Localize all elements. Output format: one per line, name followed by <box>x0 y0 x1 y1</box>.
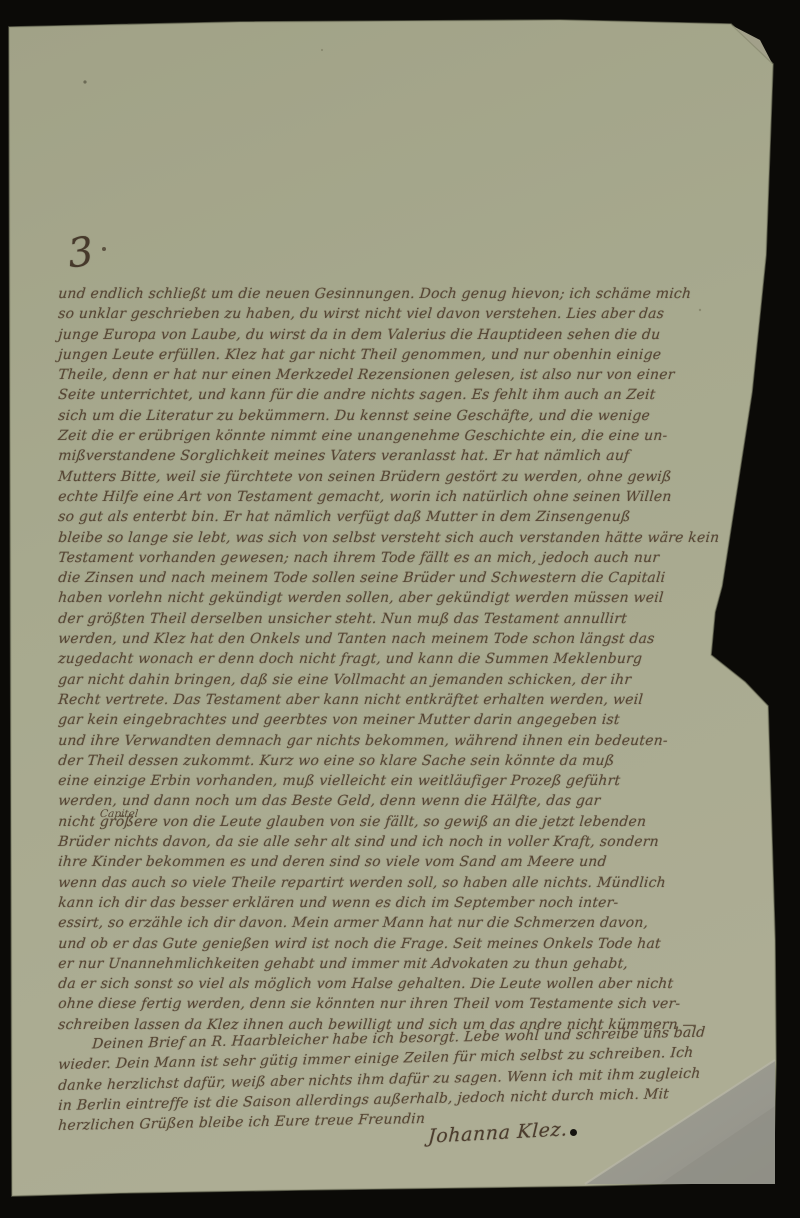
paper-speck <box>321 49 323 51</box>
handwriting-line: Mutters Bitte, weil sie fürchtete von se… <box>57 469 765 489</box>
letter-body: und endlich schließt um die neuen Gesinn… <box>58 286 764 1138</box>
handwriting-line: ihre Kinder bekommen es und deren sind s… <box>57 854 765 874</box>
handwriting-line: da er sich sonst so viel als möglich vom… <box>57 976 765 996</box>
handwriting-line: Theile, denn er hat nur einen Merkzedel … <box>57 367 765 387</box>
handwriting-line: werden, und dann noch um das Beste Geld,… <box>57 793 765 813</box>
page-number: 3 <box>65 229 96 278</box>
handwriting-line: er nur Unannehmlichkeiten gehabt und imm… <box>57 956 765 976</box>
handwriting-line: Testament vorhanden gewesen; nach ihrem … <box>57 550 765 570</box>
handwriting-line: Brüder nichts davon, da sie alle sehr al… <box>57 834 765 854</box>
handwriting-line: und ihre Verwandten demnach gar nichts b… <box>57 733 765 753</box>
handwriting-line: werden, und Klez hat den Onkels und Tant… <box>57 631 765 651</box>
handwriting-line: ohne diese fertig werden, denn sie könnt… <box>57 996 765 1016</box>
handwriting-line: bleibe so lange sie lebt, was sich von s… <box>57 530 765 550</box>
handwriting-line: die Zinsen und nach meinem Tode sollen s… <box>57 570 765 590</box>
scan-background: 3 und endlich schließt um die neuen Gesi… <box>0 0 800 1218</box>
ink-blot <box>570 1129 577 1136</box>
handwriting-line: zugedacht wonach er denn doch nicht frag… <box>57 651 765 671</box>
handwriting-line: und ob er das Gute genießen wird ist noc… <box>57 936 765 956</box>
handwriting-line: kann ich dir das besser erklären und wen… <box>57 895 765 915</box>
handwriting-line: haben vorlehn nicht gekündigt werden sol… <box>57 590 765 610</box>
handwriting-line: so gut als enterbt bin. Er hat nämlich v… <box>57 509 765 529</box>
handwriting-line: der Theil dessen zukommt. Kurz wo eine s… <box>57 753 765 773</box>
handwriting-line: und endlich schließt um die neuen Gesinn… <box>57 286 765 306</box>
handwriting-line: jungen Leute erfüllen. Klez hat gar nich… <box>57 347 765 367</box>
handwriting-line: sich um die Literatur zu bekümmern. Du k… <box>57 408 765 428</box>
handwriting-line: gar kein eingebrachtes und geerbtes von … <box>57 712 765 732</box>
pencil-dot <box>102 247 106 251</box>
handwriting-line: eine einzige Erbin vorhanden, muß vielle… <box>57 773 765 793</box>
handwriting-line: der größten Theil derselben unsicher ste… <box>57 611 765 631</box>
handwriting-line: junge Europa von Laube, du wirst da in d… <box>57 327 765 347</box>
handwriting-line: gar nicht dahin bringen, daß sie eine Vo… <box>57 672 765 692</box>
handwriting-line: Recht vertrete. Das Testament aber kann … <box>57 692 765 712</box>
handwriting-line: so unklar geschrieben zu haben, du wirst… <box>57 306 765 326</box>
handwriting-line: essirt, so erzähle ich dir davon. Mein a… <box>57 915 765 935</box>
handwriting-line: Seite unterrichtet, und kann für die and… <box>57 387 765 407</box>
handwriting-line: wenn das auch so viele Theile repartirt … <box>57 875 765 895</box>
interlinear-insertion: Capitel <box>99 808 138 820</box>
paper-speck <box>83 80 86 83</box>
handwriting-line: Zeit die er erübrigen könnte nimmt eine … <box>57 428 765 448</box>
handwriting-line: nicht größere von die Leute glauben von … <box>57 814 765 834</box>
handwriting-line: mißverstandene Sorglichkeit meines Vater… <box>57 448 765 468</box>
handwriting-line: echte Hilfe eine Art von Testament gemac… <box>57 489 765 509</box>
